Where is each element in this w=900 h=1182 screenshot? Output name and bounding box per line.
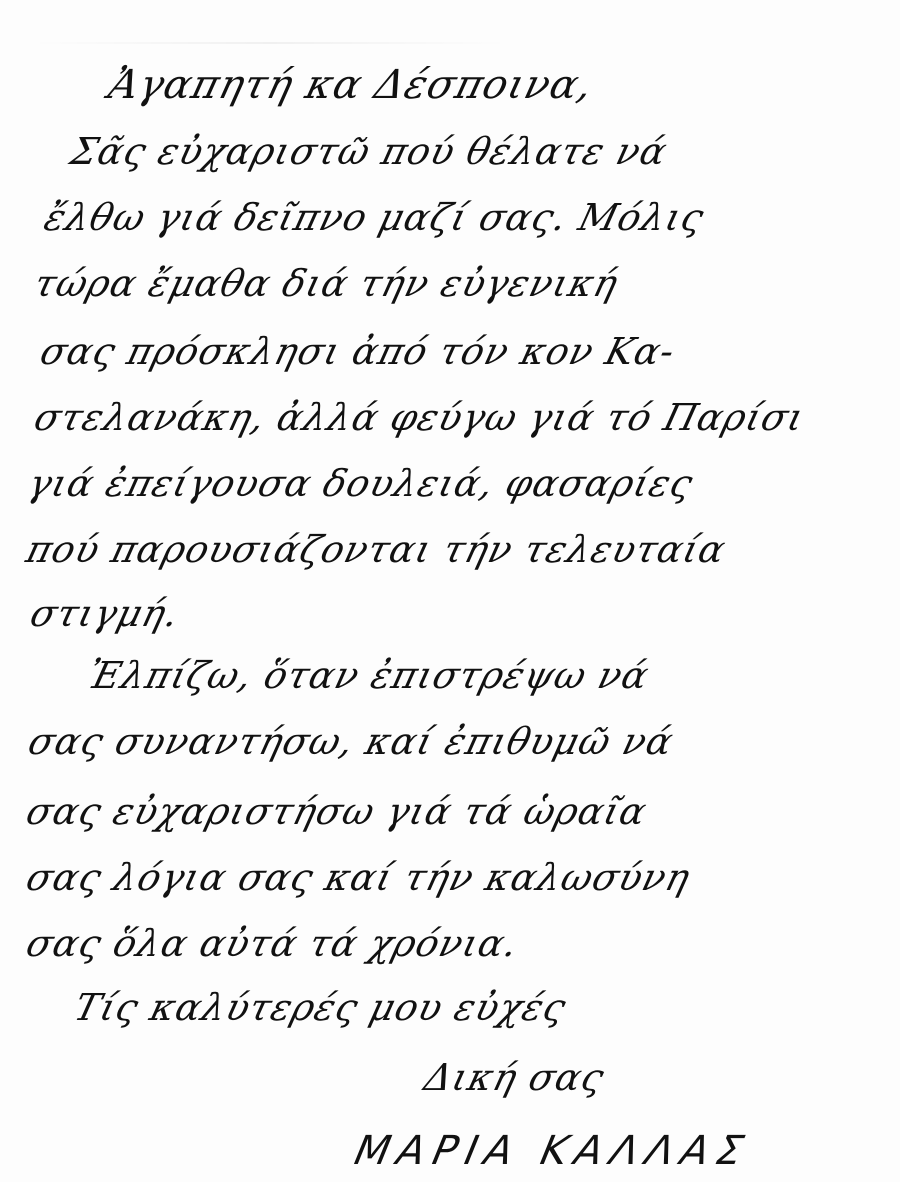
paragraph1-line-8: στιγμή. <box>26 592 184 635</box>
paragraph1-line-1: Σᾶς εὐχαριστῶ πού θέλατε νά <box>66 130 672 173</box>
salutation: Ἀγαπητή κα Δέσποινα, <box>104 62 598 108</box>
paragraph1-line-5: στελανάκη, ἀλλά φεύγω γιά τό Παρίσι <box>30 396 809 439</box>
paragraph1-line-2: ἔλθω γιά δεῖπνο μαζί σας. Μόλις <box>40 196 709 239</box>
scan-edge-shadow <box>30 42 510 44</box>
paragraph2-line-4: σας λόγια σας καί τήν καλωσύνη <box>22 856 695 899</box>
paragraph1-line-6: γιά ἐπείγουσα δουλειά, φασαρίες <box>24 462 698 505</box>
letter-page: Ἀγαπητή κα Δέσποινα, Σᾶς εὐχαριστῶ πού θ… <box>0 0 900 1182</box>
paragraph1-line-3: τώρα ἔμαθα διά τήν εὐγενική <box>30 262 623 305</box>
signature: ΜΑΡΙΑ ΚΑΛΛΑΣ <box>346 1128 759 1174</box>
paragraph2-line-1: Ἐλπίζω, ὅταν ἐπιστρέψω νά <box>84 654 654 697</box>
closing-line: Δική σας <box>420 1056 609 1099</box>
paragraph1-line-4: σας πρόσκλησι ἀπό τόν κον Κα- <box>36 330 680 373</box>
wishes-line: Τίς καλύτερές μου εὐχές <box>70 986 571 1029</box>
paragraph2-line-2: σας συναντήσω, καί ἐπιθυμῶ νά <box>24 720 678 763</box>
paragraph2-line-5: σας ὅλα αὐτά τά χρόνια. <box>22 922 523 965</box>
paragraph1-line-7: πού παρουσιάζονται τήν τελευταία <box>22 528 731 571</box>
paragraph2-line-3: σας εὐχαριστήσω γιά τά ὡραῖα <box>22 790 652 833</box>
